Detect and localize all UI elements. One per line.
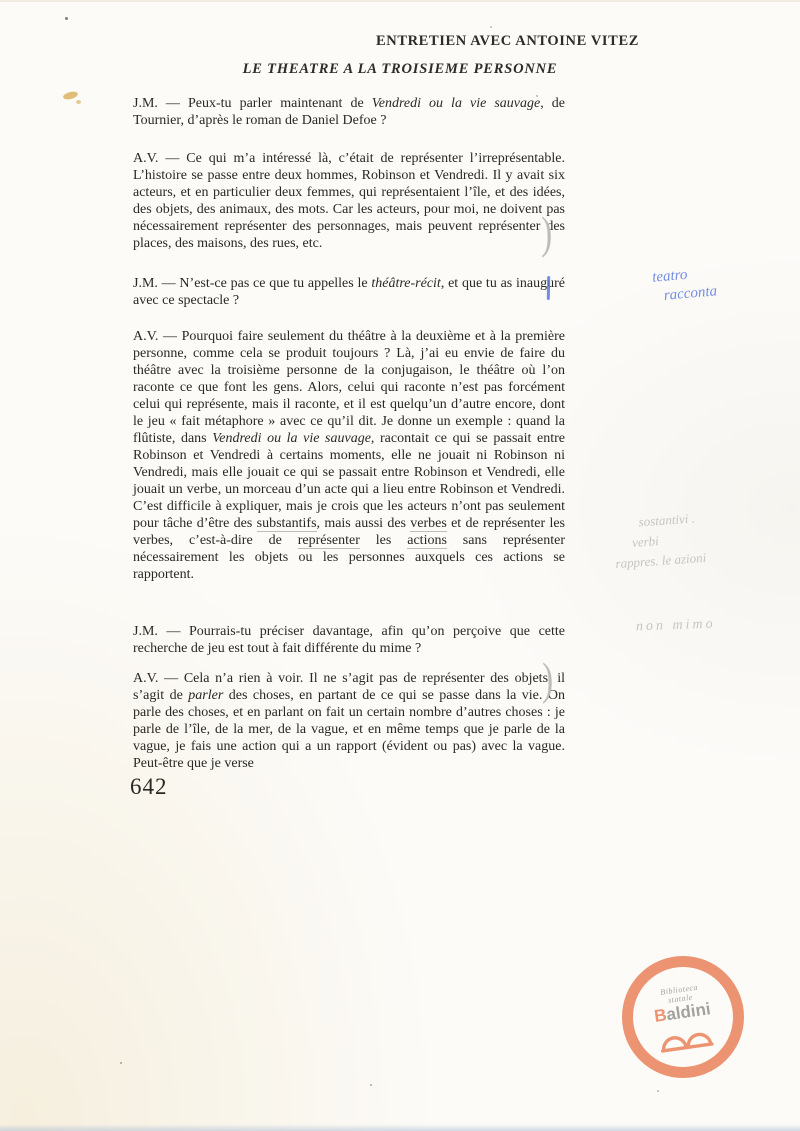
scan-edge-shadow [0,1124,800,1131]
text-run: , mais aussi des [317,516,411,531]
text-run: J.M. — N’est-ce pas ce que tu appelles l… [133,276,371,291]
text-run: parler [188,688,223,703]
handwritten-note-blue: teatro racconta [651,263,717,306]
ink-smudge [62,90,78,100]
text-run: Vendredi ou la vie sauvage [212,431,371,446]
pencil-paren-mark: ) [542,656,553,702]
text-run: J.M. — Peux-tu parler maintenant de [133,96,372,111]
library-stamp-content: Biblioteca statale Baldini [627,961,740,1074]
text-run: verbes [410,516,447,532]
paragraph-av-2: A.V. — Pourquoi faire seulement du théât… [133,328,565,583]
text-run: A.V. — Ce qui m’a intéressé là, c’était … [133,151,565,251]
paragraph-av-3: A.V. — Cela n’a rien à voir. Il ne s’agi… [133,670,565,772]
ink-smudge [76,100,81,104]
text-run: J.M. — Pourrais-tu préciser davantage, a… [133,624,565,656]
text-run: A.V. — Pourquoi faire seulement du théât… [133,329,565,446]
note-line: rappres. le azioni [615,548,707,574]
paragraph-jm-3: J.M. — Pourrais-tu préciser davantage, a… [133,623,565,657]
text-run: représenter [298,533,360,549]
scanned-page: ENTRETIEN AVEC ANTOINE VITEZ LE THEATRE … [0,0,800,1131]
dust-speck [120,1062,122,1064]
text-run: Vendredi ou la vie sauvage [372,96,540,111]
paragraph-av-1: A.V. — Ce qui m’a intéressé là, c’était … [133,150,565,252]
blue-pen-tick-mark [547,276,550,300]
text-run: substantifs [257,516,317,532]
dust-speck [65,17,68,20]
text-run: les [360,533,407,548]
running-header: ENTRETIEN AVEC ANTOINE VITEZ [376,33,676,50]
paragraph-jm-1: J.M. — Peux-tu parler maintenant de Vend… [133,95,565,129]
pencil-paren-mark: ) [541,210,552,256]
note-line: racconta [663,282,718,306]
dust-speck [536,95,538,97]
page-title: LE THEATRE A LA TROISIEME PERSONNE [0,61,800,78]
text-run: actions [407,533,447,549]
library-stamp: Biblioteca statale Baldini [622,956,744,1078]
page-number: 642 [130,774,168,800]
dust-speck [657,1090,659,1092]
text-run: théâtre-récit [371,276,440,291]
open-book-icon [655,1019,716,1053]
handwritten-note-pencil: non mimo [636,617,716,636]
dust-speck [370,1084,372,1086]
handwritten-note-pencil: sostantivi . verbi rappres. le azioni [612,508,707,574]
dust-speck [490,26,492,28]
paragraph-jm-2: J.M. — N’est-ce pas ce que tu appelles l… [133,275,565,309]
